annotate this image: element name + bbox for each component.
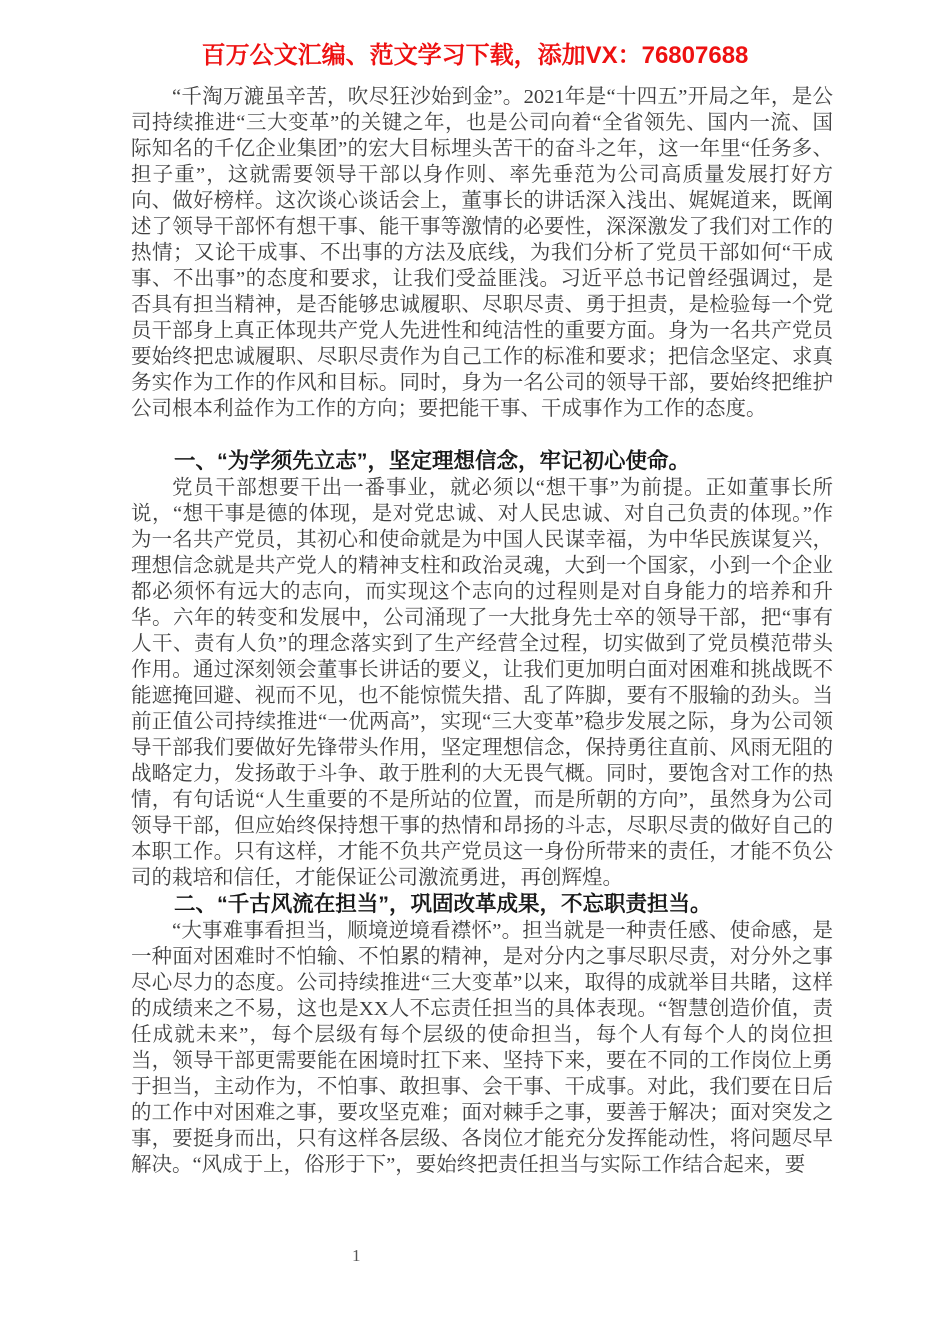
document-page: 百万公文汇编、范文学习下载，添加VX：76807688 “千淘万漉虽辛苦，吹尽狂… (0, 0, 950, 1344)
section-heading-1: 一、“为学须先立志”，坚定理想信念，牢记初心使命。 (131, 448, 833, 475)
section-1-paragraph: 党员干部想要干出一番事业，就必须以“想干事”为前提。正如董事长所说，“想干事是德… (131, 475, 833, 891)
intro-paragraph: “千淘万漉虽辛苦，吹尽狂沙始到金”。2021年是“十四五”开局之年，是公司持续推… (131, 84, 833, 422)
section-2-paragraph: “大事难事看担当，顺境逆境看襟怀”。担当就是一种责任感、使命感，是一种面对困难时… (131, 918, 833, 1178)
promo-header-text: 百万公文汇编、范文学习下载，添加VX：76807688 (0, 0, 950, 70)
section-heading-2: 二、“千古风流在担当”，巩固改革成果，不忘职责担当。 (131, 891, 833, 918)
document-body: “千淘万漉虽辛苦，吹尽狂沙始到金”。2021年是“十四五”开局之年，是公司持续推… (131, 84, 833, 1178)
page-number: 1 (352, 1246, 361, 1266)
